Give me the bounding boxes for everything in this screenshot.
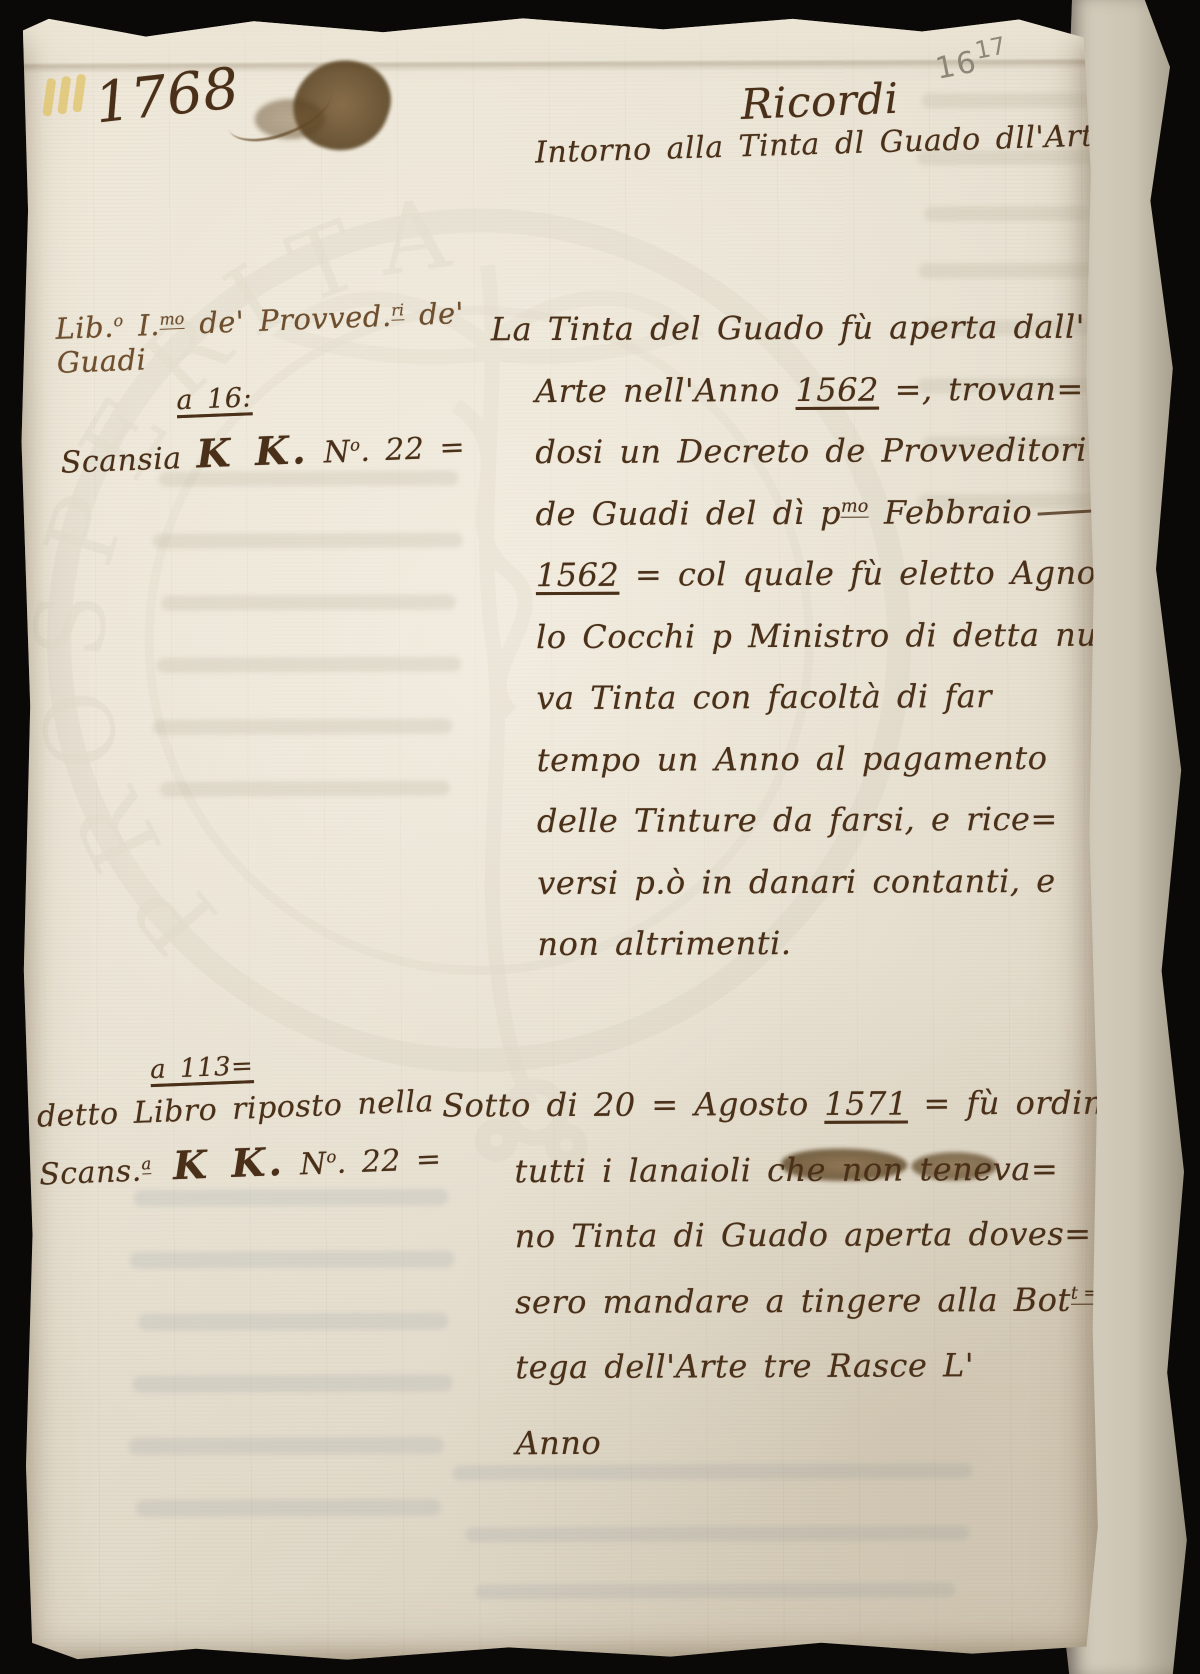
bleedthrough-mark [919,263,1099,279]
manuscript-line: sero mandare a tingere alla Bott = [443,1280,1103,1348]
manuscript-line: non altrimenti. [493,923,1103,987]
bleedthrough-mark [156,656,461,672]
bleedthrough-mark [138,1312,448,1330]
yellow-highlight-mark [72,74,86,113]
manuscript-line: tempo un Anno al pagamento [493,738,1103,802]
manuscript-line: Arte nell'Anno 1562 =, trovan= [491,369,1101,433]
paragraph-1: La Tinta del Guado fù aperta dall' Arte … [491,308,1104,987]
bleedthrough-mark [136,1499,441,1517]
bleedthrough-mark [475,1582,955,1599]
margin2-shelf-line: Scans.a K K. No. 22 = [38,1132,459,1194]
manuscript-line: lo Cocchi p Ministro di detta nuo= [492,615,1102,679]
manuscript-line: de Guadi del dì pmo Febbraio [492,492,1102,556]
manuscript-line: dosi un Decreto de Provveditori [491,431,1101,495]
folio-main: 16 [933,44,981,87]
manuscript-line: va Tinta con facoltà di far [492,677,1102,741]
bleedthrough-mark [161,594,456,610]
page-title: Ricordi [740,74,900,129]
manuscript-line: Anno [444,1421,1104,1489]
manuscript-line: tega dell'Arte tre Rasce L' [443,1346,1103,1414]
bleedthrough-mark [134,1188,449,1206]
svg-text:PROSPERITATI PVBLICAE: PROSPERITATI PVBLICAE [0,48,477,975]
manuscript-line: Sotto di 20 = Agosto 1571 = fù ordinato … [442,1084,1102,1152]
bleedthrough-mark [152,718,452,734]
manuscript-line: versi p.ò in danari contanti, e [493,861,1103,925]
manuscript-line: 1562 = col quale fù eletto Agno= [492,554,1102,618]
manuscript-line: La Tinta del Guado fù aperta dall' [491,308,1101,372]
bleedthrough-mark [922,93,1092,109]
margin2-book-line: detto Libro riposto nella [36,1083,457,1134]
margin-reference-2: a 113= detto Libro riposto nella Scans.a… [35,1043,460,1194]
watermark-text: PROSPERITATI PVBLICAE [0,48,477,975]
manuscript-line: no Tinta di Guado aperta doves= [443,1215,1103,1283]
margin-reference-1: Lib.o I.mo de' Provved.ri de' Guadi a 16… [55,295,501,483]
manuscript-line: tutti i lanaioli che non teneva= [442,1149,1102,1217]
bleedthrough-mark [160,780,450,796]
manuscript-line: delle Tinture da farsi, e rice= [493,800,1103,864]
margin2-page-ref: a 113= [35,1043,456,1089]
margin1-book-line: Lib.o I.mo de' Provved.ri de' Guadi [55,295,497,380]
bleedthrough-mark [924,206,1089,222]
bleedthrough-mark [130,1250,455,1268]
yellow-highlight-mark [57,76,71,115]
ink-smear [255,99,325,139]
margin1-page-ref: a 16: [58,373,499,421]
bleedthrough-mark [129,1437,444,1455]
bleedthrough-mark [465,1525,970,1542]
yellow-highlight-mark [42,78,56,117]
folio-superscript: 17 [973,32,1008,65]
bleedthrough-mark [153,532,463,548]
manuscript-page: PROSPERITATI PVBLICAE [16,8,1101,1665]
paragraph-2: Sotto di 20 = Agosto 1571 = fù ordinato … [442,1084,1104,1490]
bleedthrough-mark [132,1374,452,1392]
manuscript-photo: PROSPERITATI PVBLICAE [0,0,1200,1674]
